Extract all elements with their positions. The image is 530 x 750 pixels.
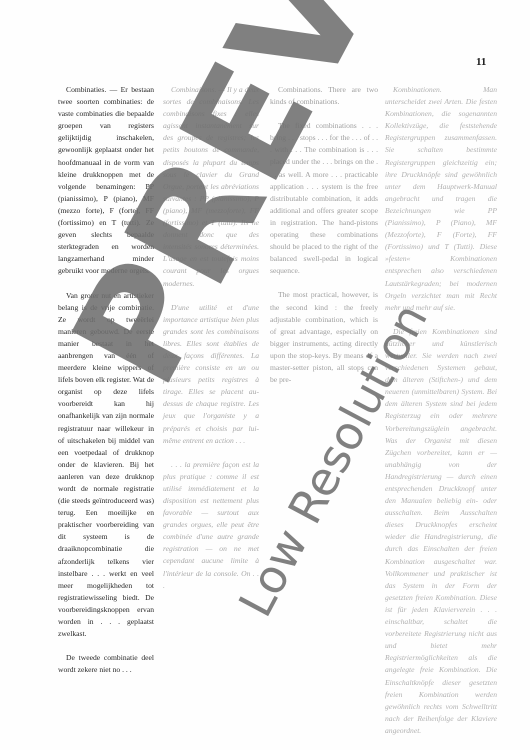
paragraph: Die freien Kombinationen sind nützlicher… [385,326,497,737]
paragraph: Combinations. There are two kinds of com… [270,84,378,108]
paragraph: The fixed combinations . . . bring . . .… [270,120,378,277]
column-german: Kombinationen. Man unterscheidet zwei Ar… [385,84,497,749]
paragraph: Kombinationen. Man unterscheidet zwei Ar… [385,84,497,314]
paragraph: Van groter nut en artistieker belang is … [58,290,154,641]
column-dutch: Combinaties. — Er bestaan twee soorten c… [58,84,154,688]
column-english: Combinations. There are two kinds of com… [270,84,378,398]
paragraph: De tweede combinatie deel wordt zekere n… [58,652,154,676]
column-french: Combinaisons. — Il y a deux sortes de co… [163,84,259,604]
paragraph: D'une utilité et d'une importance artist… [163,302,259,447]
document-page: 11 Combinaties. — Er bestaan twee soorte… [0,0,530,750]
page-number: 11 [476,56,486,68]
paragraph: Combinaisons. — Il y a deux sortes de co… [163,84,259,290]
paragraph: The most practical, however, is the seco… [270,289,378,386]
paragraph: . . . la première façon est la plus prat… [163,459,259,592]
paragraph: Combinaties. — Er bestaan twee soorten c… [58,84,154,278]
